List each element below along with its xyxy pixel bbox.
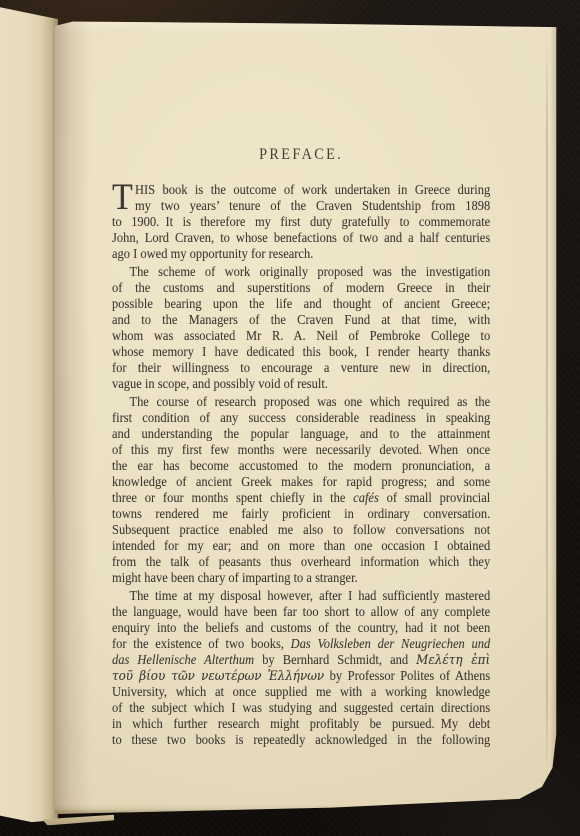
text-line: University, which at once supplied me wi… — [112, 684, 490, 700]
page-edge-line — [546, 40, 548, 782]
text-line: vague in scope, and possibly void of res… — [112, 376, 490, 392]
text-segment: towns rendered me fairly proficient in o… — [112, 506, 490, 521]
text-line: from the talk of peasants thus overheard… — [112, 554, 490, 570]
text-segment: ago I owed my opportunity for research. — [112, 246, 313, 261]
text-segment: HIS book is the outcome of work undertak… — [135, 182, 490, 197]
text-segment: The course of research proposed was one … — [129, 394, 490, 409]
text-segment: knowledge of ancient Greek makes for rap… — [112, 474, 490, 489]
text-line: Subsequent practice enabled me also to f… — [112, 522, 490, 538]
text-segment: might have been chary of imparting to a … — [112, 570, 358, 585]
text-line: enquiry into the beliefs and customs of … — [112, 620, 490, 636]
text-segment: my two years’ tenure of the Craven Stude… — [135, 198, 490, 213]
italic-text: Das Volksleben der Neugriechen und — [291, 636, 491, 651]
text-line: my two years’ tenure of the Craven Stude… — [112, 198, 490, 214]
text-line: towns rendered me fairly proficient in o… — [112, 506, 490, 522]
text-segment: The time at my disposal however, after I… — [129, 588, 490, 603]
text-segment: vague in scope, and possibly void of res… — [112, 376, 328, 391]
book-scan: PREFACE. THIS book is the outcome of wor… — [0, 0, 580, 836]
text-line: and understanding the popular language, … — [112, 426, 490, 442]
gutter-shadow — [55, 16, 91, 814]
text-segment: three or four months spent chiefly in th… — [112, 490, 353, 505]
text-line: to 1900. It is therefore my first duty g… — [112, 214, 490, 230]
text-segment: University, which at once supplied me wi… — [112, 684, 490, 699]
text-segment: intended for my ear; and on more than on… — [112, 538, 490, 553]
text-line: The time at my disposal however, after I… — [112, 588, 490, 604]
text-line: The course of research proposed was one … — [112, 394, 490, 410]
text-segment: whose memory I have dedicated this book,… — [112, 344, 490, 359]
text-segment: from the talk of peasants thus overheard… — [112, 554, 490, 569]
text-line: ago I owed my opportunity for research. — [112, 246, 490, 262]
text-segment: by Bernhard Schmidt, and — [254, 652, 416, 667]
text-segment: to 1900. It is therefore my first duty g… — [112, 214, 490, 229]
text-segment: enquiry into the beliefs and customs of … — [112, 620, 490, 635]
text-line: HIS book is the outcome of work undertak… — [112, 182, 490, 198]
text-line: τοῦ βίου τῶν νεωτέρων Ἑλλήνων by Profess… — [112, 668, 490, 684]
text-segment: the language, would have been far too sh… — [112, 604, 490, 619]
text-line: of this my first few months were necessa… — [112, 442, 490, 458]
text-line: the ear has become accustomed to the mod… — [112, 458, 490, 474]
paragraph: The scheme of work originally proposed w… — [112, 264, 490, 392]
text-line: to these two books is repeatedly acknowl… — [112, 732, 490, 748]
text-line: first condition of any success considera… — [112, 410, 490, 426]
text-segment: and to the Managers of the Craven Fund a… — [112, 312, 490, 327]
text-line: das Hellenische Alterthum by Bernhard Sc… — [112, 652, 490, 668]
text-segment: the ear has become accustomed to the mod… — [112, 458, 490, 473]
text-segment: first condition of any success considera… — [112, 410, 490, 425]
italic-text: cafés — [353, 490, 379, 505]
text-segment: Subsequent practice enabled me also to f… — [112, 522, 490, 537]
page-text-block: PREFACE. THIS book is the outcome of wor… — [112, 146, 490, 748]
text-line: knowledge of ancient Greek makes for rap… — [112, 474, 490, 490]
text-line: three or four months spent chiefly in th… — [112, 490, 490, 506]
paragraph: The course of research proposed was one … — [112, 394, 490, 586]
text-segment: possible bearing upon the life and thoug… — [112, 296, 490, 311]
text-line: whose memory I have dedicated this book,… — [112, 344, 490, 360]
text-segment: for their willingness to encourage a ven… — [112, 360, 490, 375]
text-line: of the customs and superstitions of mode… — [112, 280, 490, 296]
text-segment: of the customs and superstitions of mode… — [112, 280, 490, 295]
text-line: The scheme of work originally proposed w… — [112, 264, 490, 280]
text-line: whom was associated Mr R. A. Neil of Pem… — [112, 328, 490, 344]
text-segment: whom was associated Mr R. A. Neil of Pem… — [112, 328, 490, 343]
text-segment: for the existence of two books, — [112, 636, 291, 651]
text-segment: to these two books is repeatedly acknowl… — [112, 732, 490, 747]
text-line: and to the Managers of the Craven Fund a… — [112, 312, 490, 328]
text-segment: by Professor Polites of Athens — [324, 668, 490, 683]
page-title: PREFACE. — [112, 146, 490, 163]
text-line: might have been chary of imparting to a … — [112, 570, 490, 586]
greek-text: τοῦ βίου τῶν νεωτέρων Ἑλλήνων — [112, 669, 324, 684]
text-line: in which further research might profitab… — [112, 716, 490, 732]
paragraph: THIS book is the outcome of work underta… — [112, 182, 490, 262]
greek-text: Μελέτη ἐπὶ — [416, 653, 490, 668]
text-line: John, Lord Craven, to whose benefactions… — [112, 230, 490, 246]
text-segment: The scheme of work originally proposed w… — [129, 264, 490, 279]
drop-cap: T — [112, 183, 133, 212]
text-segment: and understanding the popular language, … — [112, 426, 490, 441]
text-line: intended for my ear; and on more than on… — [112, 538, 490, 554]
text-segment: John, Lord Craven, to whose benefactions… — [112, 230, 490, 245]
facing-page-edge — [0, 6, 58, 823]
text-segment: of small provincial — [379, 490, 490, 505]
text-line: for the existence of two books, Das Volk… — [112, 636, 490, 652]
text-segment: in which further research might profitab… — [112, 716, 490, 731]
paragraph: The time at my disposal however, after I… — [112, 588, 490, 748]
text-line: of the subject which I was studying and … — [112, 700, 490, 716]
italic-text: das Hellenische Alterthum — [112, 652, 254, 667]
text-line: possible bearing upon the life and thoug… — [112, 296, 490, 312]
text-segment: of the subject which I was studying and … — [112, 700, 490, 715]
text-segment: of this my first few months were necessa… — [112, 442, 490, 457]
text-line: the language, would have been far too sh… — [112, 604, 490, 620]
preface-body: THIS book is the outcome of work underta… — [112, 182, 490, 748]
book-page: PREFACE. THIS book is the outcome of wor… — [55, 16, 557, 814]
text-line: for their willingness to encourage a ven… — [112, 360, 490, 376]
